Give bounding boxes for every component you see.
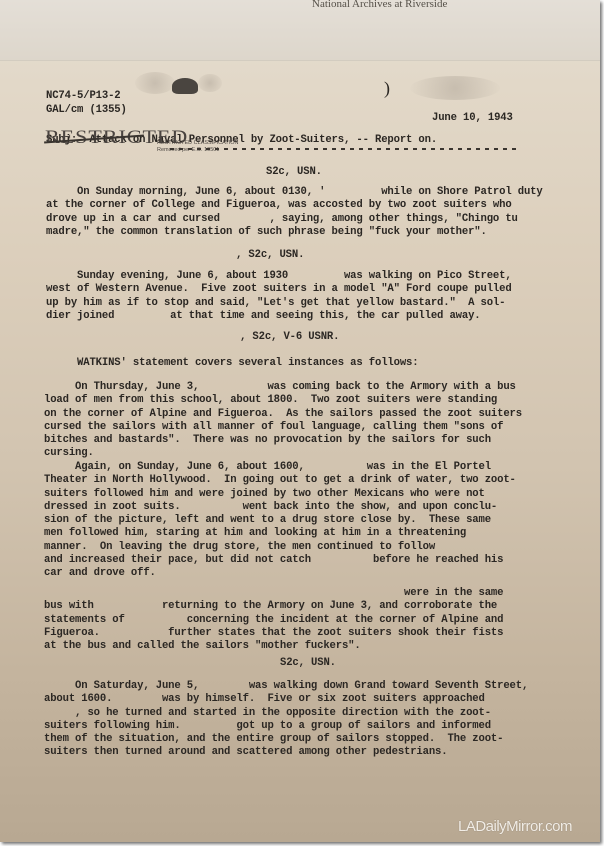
section-heading: S2c, USN. <box>280 657 336 670</box>
archive-header-strip: National Archives at Riverside <box>0 0 600 61</box>
paragraph: WATKINS' statement covers several instan… <box>46 357 418 370</box>
paragraph: Again, on Sunday, June 6, about 1600, wa… <box>44 461 516 581</box>
declassification-stamp: RESTRICTED CLASSIFICATION Removed per E.… <box>157 140 239 154</box>
paragraph: On Sunday morning, June 6, about 0130, '… <box>46 186 543 239</box>
document-page: National Archives at Riverside ) NC74-5/… <box>0 0 600 842</box>
section-heading: S2c, USN. <box>266 166 322 179</box>
file-code: NC74-5/P13-2 <box>46 90 121 103</box>
paragraph: Sunday evening, June 6, about 1930 was w… <box>46 270 512 323</box>
ink-blot <box>172 78 198 94</box>
section-heading: , S2c, USN. <box>236 249 304 262</box>
dashed-separator <box>170 148 520 150</box>
reference-code: GAL/cm (1355) <box>46 104 127 117</box>
paragraph: were in the same bus with returning to t… <box>44 587 503 653</box>
site-watermark: LADailyMirror.com <box>458 818 572 835</box>
archive-note: National Archives at Riverside <box>312 0 447 10</box>
paragraph: On Thursday, June 3, was coming back to … <box>44 381 522 461</box>
ink-smudge <box>410 76 500 100</box>
punch-mark: ) <box>384 78 390 99</box>
section-heading: , S2c, V-6 USNR. <box>240 331 339 344</box>
paragraph: On Saturday, June 5, was walking down Gr… <box>44 680 528 760</box>
ink-smudge <box>135 72 175 94</box>
ink-smudge <box>198 74 222 92</box>
document-date: June 10, 1943 <box>432 112 513 125</box>
